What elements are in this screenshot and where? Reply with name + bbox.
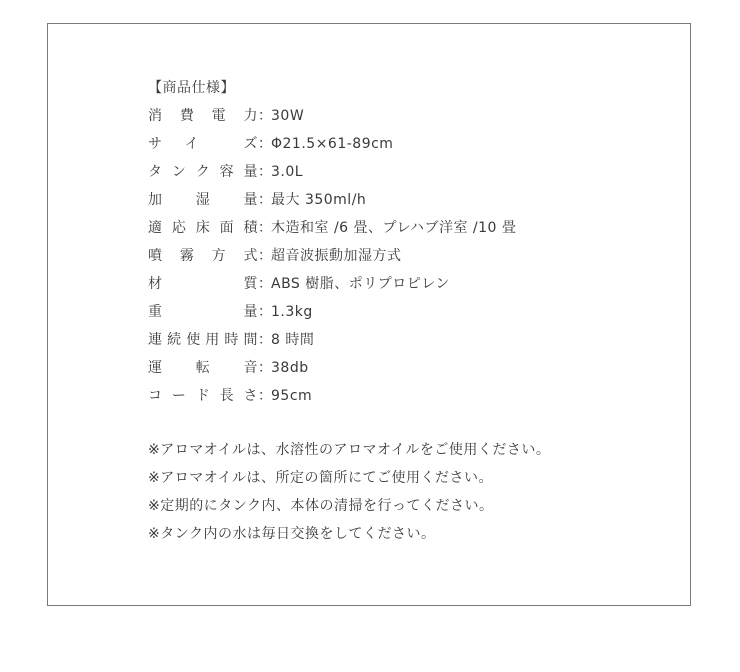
spec-row: 加湿量：最大 350ml/h	[148, 190, 550, 218]
spec-label-char: 噴	[148, 246, 163, 274]
note-item: ※タンク内の水は毎日交換をしてください。	[148, 524, 550, 552]
spec-label-char: 式	[243, 246, 258, 274]
spec-label-char: 運	[148, 358, 163, 386]
spec-row: 運転音：38db	[148, 358, 550, 386]
spec-row: 連続使用時間：8 時間	[148, 330, 550, 358]
spec-label-char: ー	[172, 386, 187, 414]
spec-label-char: 費	[180, 106, 195, 134]
spec-label: 連続使用時間	[148, 330, 258, 358]
spec-label-char: 湿	[196, 190, 211, 218]
spec-label-char: 転	[196, 358, 211, 386]
spec-colon: ：	[258, 330, 270, 358]
spec-colon: ：	[258, 218, 270, 246]
spec-label-char: ズ	[243, 134, 258, 162]
spec-list: 消費電力：30Wサイズ：Φ21.5×61-89cmタンク容量：3.0L加湿量：最…	[148, 106, 550, 414]
spec-label-char: サ	[148, 134, 163, 162]
spec-label: 運転音	[148, 358, 258, 386]
spec-row: 重量：1.3kg	[148, 302, 550, 330]
spec-colon: ：	[258, 358, 270, 386]
spec-value: 30W	[270, 106, 304, 134]
spec-label-char: 力	[243, 106, 258, 134]
spec-label: 消費電力	[148, 106, 258, 134]
spec-label-char: 消	[148, 106, 163, 134]
spec-label-char: さ	[244, 386, 259, 414]
spec-label-char: ク	[196, 162, 211, 190]
spec-label: 重量	[148, 302, 258, 330]
spec-label: 噴霧方式	[148, 246, 258, 274]
spec-label-char: 適	[148, 218, 163, 246]
spec-value: 3.0L	[270, 162, 303, 190]
spec-label: 加湿量	[148, 190, 258, 218]
spec-row: 材質：ABS 樹脂、ポリプロピレン	[148, 274, 550, 302]
spec-label: 適応床面積	[148, 218, 258, 246]
note-item: ※アロマオイルは、水溶性のアロマオイルをご使用ください。	[148, 440, 550, 468]
spec-label-char: 方	[212, 246, 227, 274]
spec-label-char: 床	[196, 218, 211, 246]
spec-row: コード長さ：95cm	[148, 386, 550, 414]
spec-row: サイズ：Φ21.5×61-89cm	[148, 134, 550, 162]
note-item: ※アロマオイルは、所定の箇所にてご使用ください。	[148, 468, 550, 496]
spec-colon: ：	[258, 134, 270, 162]
spec-label-char: 用	[205, 330, 220, 358]
spec-label-char: 霧	[180, 246, 195, 274]
spec-label-char: 時	[224, 330, 239, 358]
spec-row: タンク容量：3.0L	[148, 162, 550, 190]
spec-label: 材質	[148, 274, 258, 302]
spec-colon: ：	[258, 302, 270, 330]
spec-label-char: 重	[148, 302, 163, 330]
spec-label-char: ン	[172, 162, 187, 190]
spec-label-char: コ	[148, 386, 163, 414]
spec-label: サイズ	[148, 134, 258, 162]
spec-label-char: 面	[220, 218, 235, 246]
spec-value: 最大 350ml/h	[270, 190, 366, 218]
notes-list: ※アロマオイルは、水溶性のアロマオイルをご使用ください。 ※アロマオイルは、所定…	[148, 440, 550, 552]
spec-label-char: 長	[220, 386, 235, 414]
spec-value: 1.3kg	[270, 302, 313, 330]
spec-label-char: 量	[244, 162, 259, 190]
note-item: ※定期的にタンク内、本体の清掃を行ってください。	[148, 496, 550, 524]
spec-label-char: 間	[243, 330, 258, 358]
spec-colon: ：	[258, 246, 270, 274]
spec-colon: ：	[258, 106, 270, 134]
spec-value: 木造和室 /6 畳、プレハブ洋室 /10 畳	[270, 218, 516, 246]
spec-colon: ：	[258, 386, 270, 414]
spec-label-char: 量	[244, 302, 259, 330]
spec-label-char: 続	[167, 330, 182, 358]
spec-value: 95cm	[270, 386, 312, 414]
spec-label-char: タ	[148, 162, 163, 190]
spec-row: 消費電力：30W	[148, 106, 550, 134]
spec-label-char: 容	[220, 162, 235, 190]
spec-value: 38db	[270, 358, 309, 386]
spec-value: Φ21.5×61-89cm	[270, 134, 393, 162]
spec-label: タンク容量	[148, 162, 258, 190]
spec-label-char: 使	[186, 330, 201, 358]
spec-label-char: イ	[185, 134, 200, 162]
spec-value: 超音波振動加湿方式	[270, 246, 402, 274]
spec-content: 【商品仕様】 消費電力：30Wサイズ：Φ21.5×61-89cmタンク容量：3.…	[148, 78, 550, 552]
spec-colon: ：	[258, 190, 270, 218]
spec-label-char: ド	[196, 386, 211, 414]
spec-label-char: 加	[148, 190, 163, 218]
spec-label-char: 音	[244, 358, 259, 386]
spec-colon: ：	[258, 274, 270, 302]
spec-value: ABS 樹脂、ポリプロピレン	[270, 274, 450, 302]
spec-value: 8 時間	[270, 330, 314, 358]
spec-label-char: 積	[244, 218, 259, 246]
spec-label-char: 量	[244, 190, 259, 218]
spec-row: 噴霧方式：超音波振動加湿方式	[148, 246, 550, 274]
spec-colon: ：	[258, 162, 270, 190]
spec-label-char: 連	[148, 330, 163, 358]
spec-row: 適応床面積：木造和室 /6 畳、プレハブ洋室 /10 畳	[148, 218, 550, 246]
spec-label-char: 質	[244, 274, 259, 302]
spec-label: コード長さ	[148, 386, 258, 414]
spec-label-char: 電	[212, 106, 227, 134]
spec-heading: 【商品仕様】	[148, 78, 550, 106]
spec-label-char: 応	[172, 218, 187, 246]
spec-label-char: 材	[148, 274, 163, 302]
